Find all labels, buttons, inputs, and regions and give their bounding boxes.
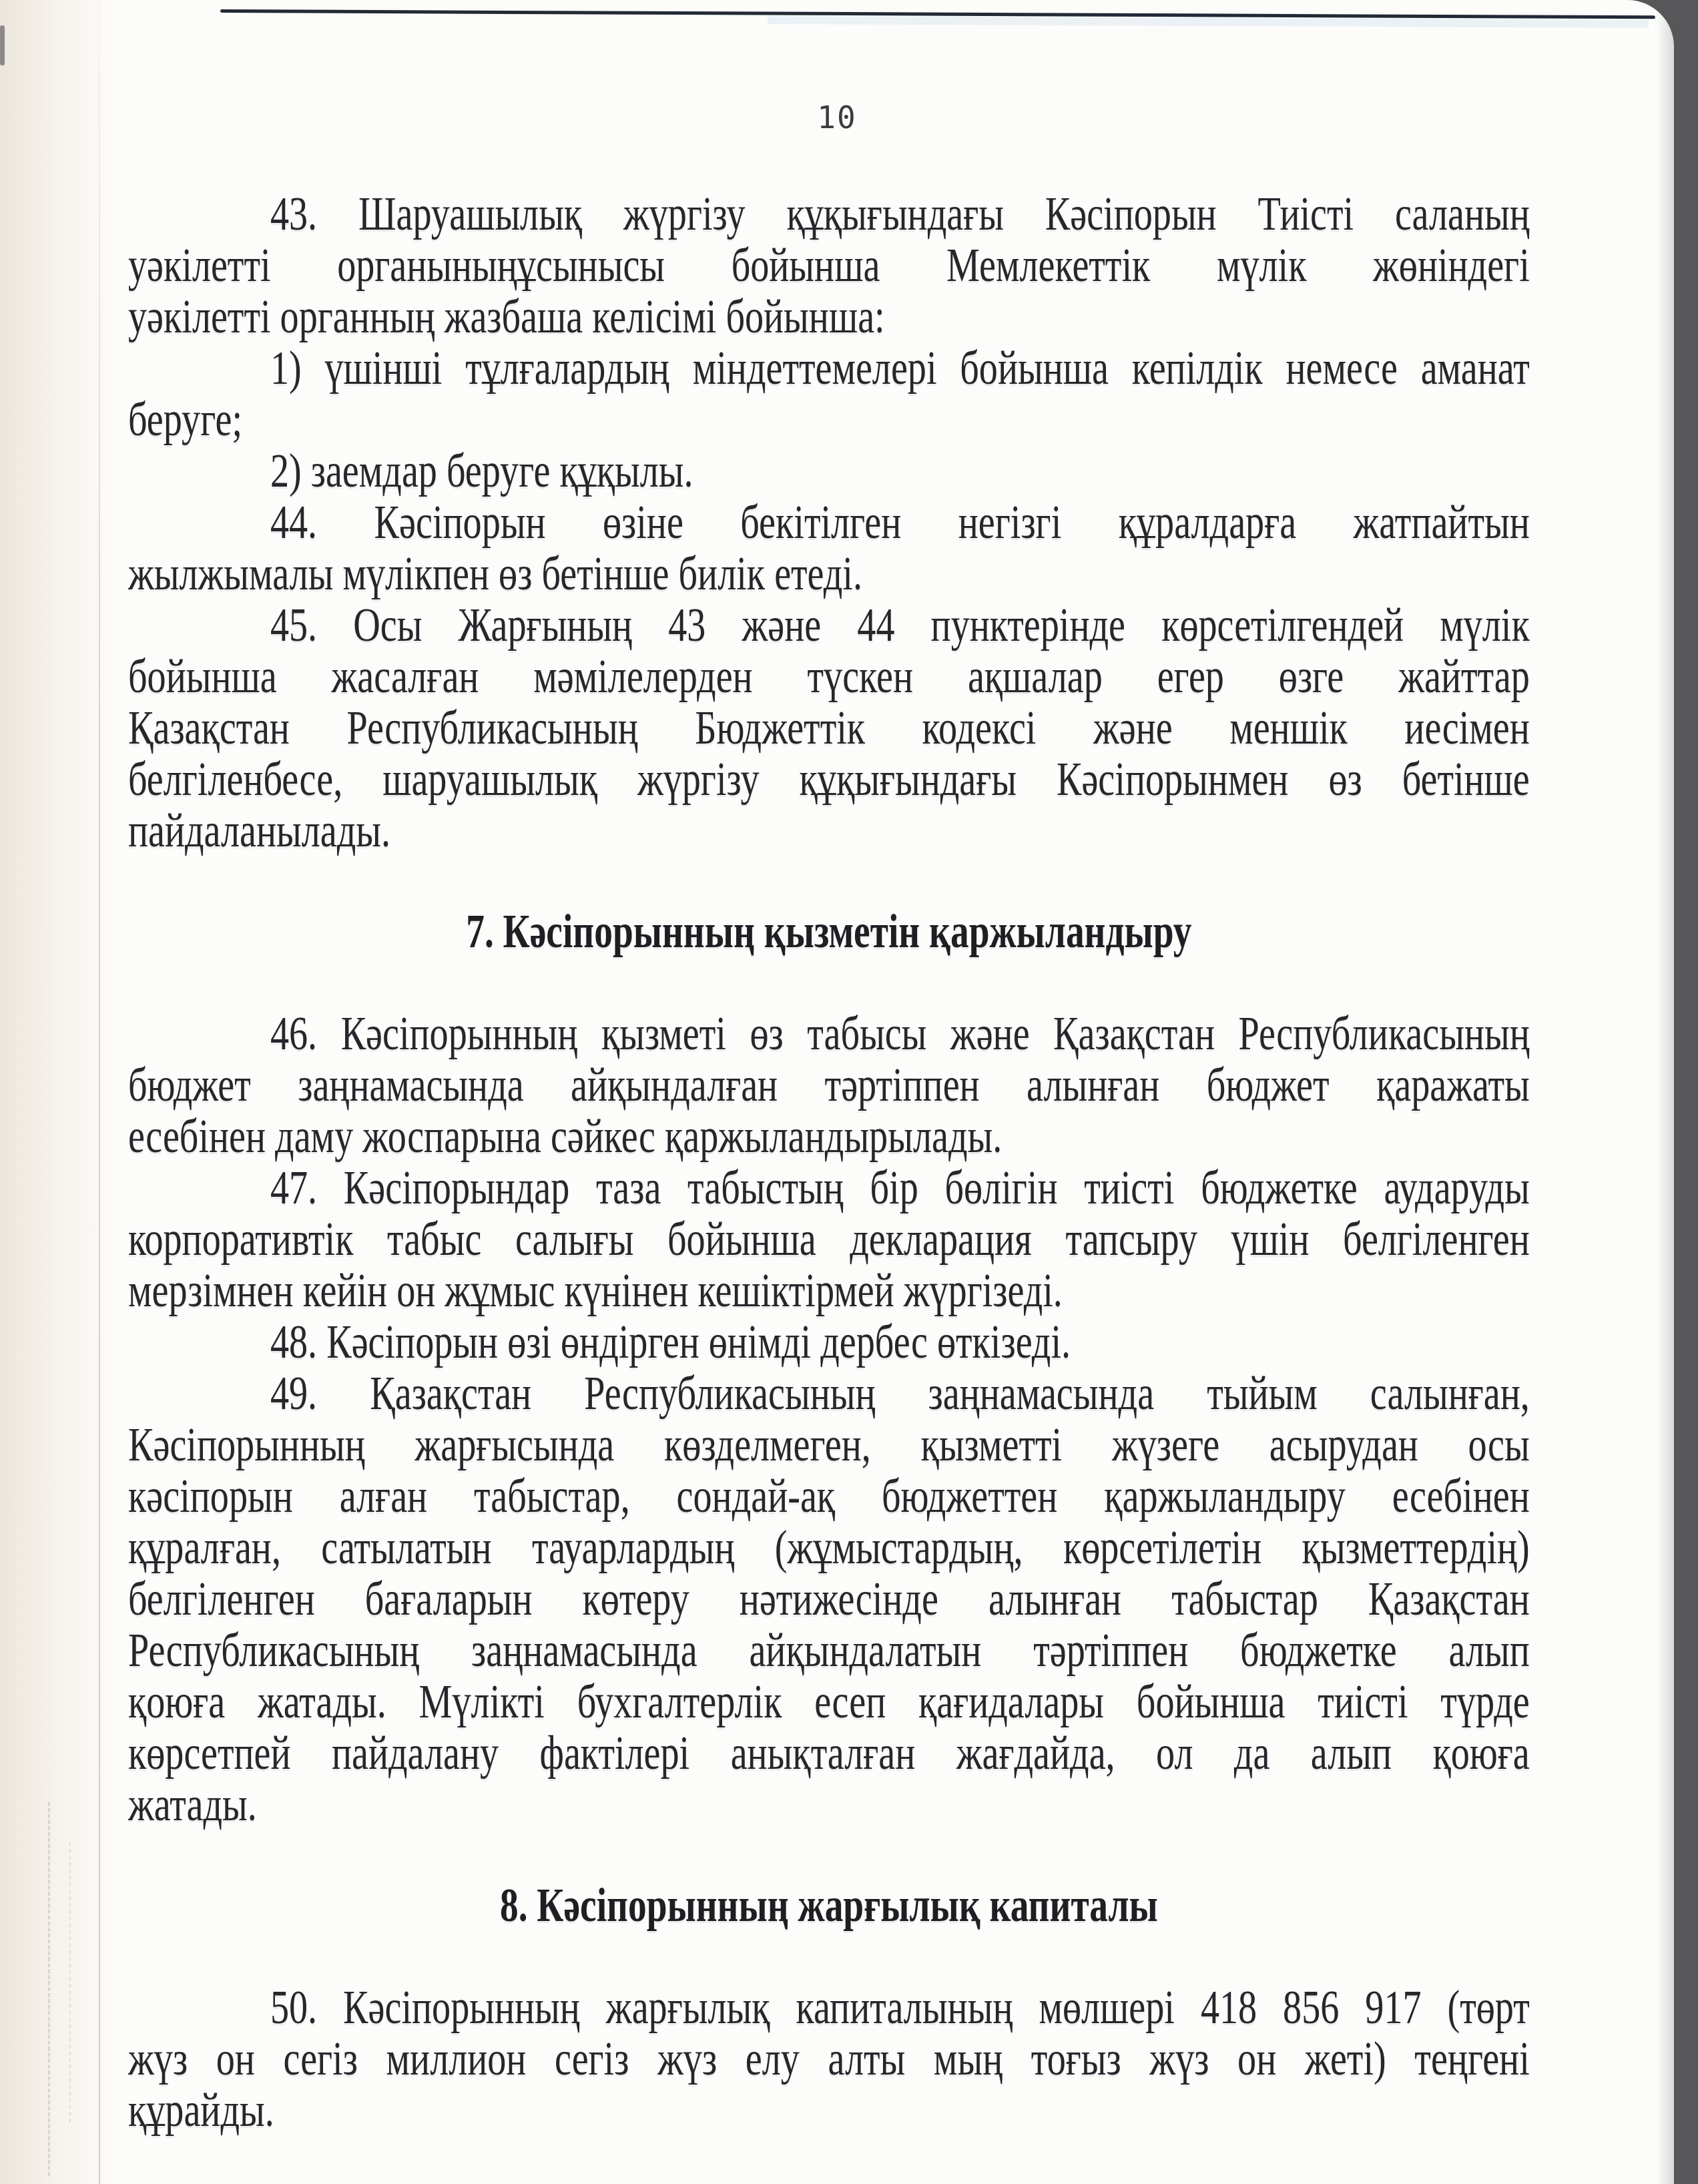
text-line: пайдаланылады. [128, 805, 1530, 856]
text-line: Кәсіпорынның жарғысында көзделмеген, қыз… [128, 1419, 1530, 1470]
page-number: 10 [0, 100, 1674, 135]
binding-edge-strip [0, 0, 120, 2184]
text-line: бойынша жасалған мәмілелерден түскен ақш… [128, 651, 1530, 702]
text-line: қоюға жатады. Мүлікті бухгалтерлік есеп … [128, 1676, 1530, 1727]
text-line: 49. Қазақстан Республикасының заңнамасын… [128, 1368, 1530, 1419]
scanned-document-page: 10 43. Шаруашылық жүргізу құқығындағы Кә… [0, 0, 1674, 2184]
text-line: 46. Кәсіпорынның қызметі өз табысы және … [128, 1008, 1530, 1059]
text-line: мерзімнен кейін он жұмыс күнінен кешікті… [128, 1265, 1530, 1316]
text-line: уәкілетті органның жазбаша келісімі бойы… [128, 291, 1530, 342]
text-line: 45. Осы Жарғының 43 және 44 пунктерінде … [128, 599, 1530, 651]
text-line: құралған, сатылатын тауарлардың (жұмыста… [128, 1522, 1530, 1573]
scan-edge-mark [0, 25, 5, 65]
text-line: құрайды. [128, 2085, 1530, 2136]
text-line: корпоративтік табыс салығы бойынша декла… [128, 1213, 1530, 1265]
text-line: көрсетпей пайдалану фактілері анықталған… [128, 1727, 1530, 1779]
text-line: 2) заемдар беруге құқылы. [128, 445, 1530, 497]
text-line: жылжымалы мүлікпен өз бетінше билік етед… [128, 548, 1530, 599]
text-line: уәкілетті органыныңұсынысы бойынша Мемле… [128, 240, 1530, 291]
text-line: жүз он сегіз миллион сегіз жүз елу алты … [128, 2033, 1530, 2085]
text-line: белгіленген бағаларын көтеру нәтижесінде… [128, 1573, 1530, 1625]
text-line: жатады. [128, 1779, 1530, 1830]
paper-fold-line [99, 0, 100, 2184]
text-line: есебінен даму жоспарына сәйкес қаржыланд… [128, 1111, 1530, 1162]
text-line: 43. Шаруашылық жүргізу құқығындағы Кәсіп… [128, 188, 1530, 240]
text-line: беруге; [128, 394, 1530, 445]
bleed-through-artifact [48, 1802, 50, 2176]
text-line: 48. Кәсіпорын өзі өндірген өнімді дербес… [128, 1316, 1530, 1368]
text-line: 1) үшінші тұлғалардың міндеттемелері бой… [128, 342, 1530, 394]
text-line: 44. Кәсіпорын өзіне бекітілген негізгі қ… [128, 497, 1530, 548]
section-heading: 8. Кәсіпорынның жарғылық капиталы [128, 1880, 1530, 1932]
text-line: бюджет заңнамасында айқындалған тәртіппе… [128, 1059, 1530, 1111]
text-line: Қазақстан Республикасының Бюджеттік коде… [128, 702, 1530, 754]
text-line: 50. Кәсіпорынның жарғылық капиталының мө… [128, 1982, 1530, 2033]
bleed-through-artifact [69, 1842, 71, 2123]
text-line: кәсіпорын алған табыстар, сондай-ақ бюдж… [128, 1470, 1530, 1522]
text-line: 47. Кәсіпорындар таза табыстың бір бөліг… [128, 1162, 1530, 1213]
section-heading: 7. Кәсіпорынның қызметін қаржыландыру [128, 906, 1530, 958]
document-body: 43. Шаруашылық жүргізу құқығындағы Кәсіп… [128, 188, 1674, 2136]
text-line: белгіленбесе, шаруашылық жүргізу құқығын… [128, 754, 1530, 805]
text-line: Республикасының заңнамасында айқындалаты… [128, 1625, 1530, 1676]
